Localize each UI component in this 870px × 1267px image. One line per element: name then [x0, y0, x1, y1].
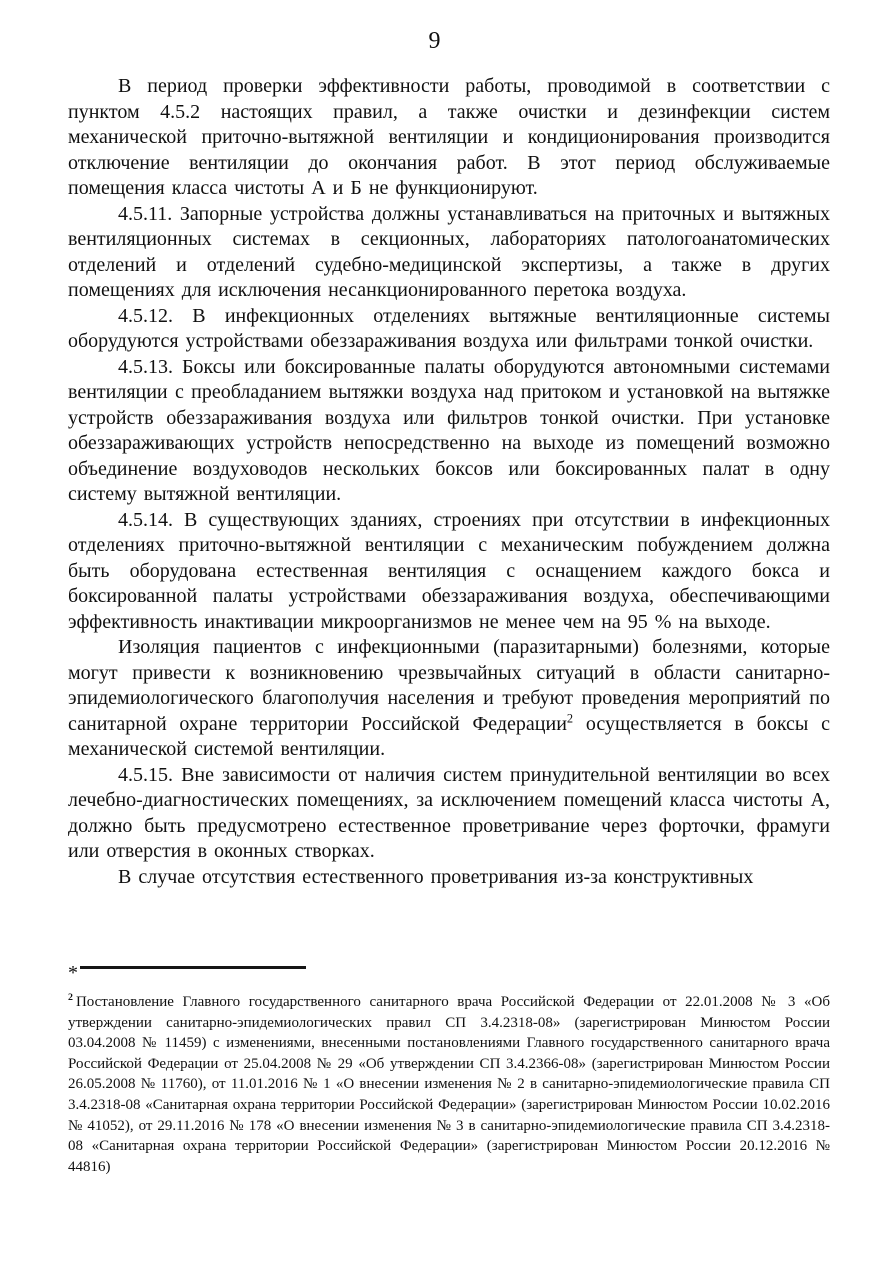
clause-4-5-14: 4.5.14. В существующих зданиях, строения…	[68, 508, 830, 636]
document-page: 9 В период проверки эффективности работы…	[0, 0, 870, 1267]
paragraph-patient-isolation: Изоляция пациентов с инфекционными (пара…	[68, 635, 830, 763]
footnote-2-text: Постановление Главного государственного …	[68, 994, 830, 1175]
footnote-area: * 2Постановление Главного государственно…	[68, 958, 830, 1177]
paragraph-effectiveness-check: В период проверки эффективности работы, …	[68, 74, 830, 202]
footnote-separator: *	[68, 958, 830, 980]
document-body: В период проверки эффективности работы, …	[68, 74, 830, 890]
footnote-2-marker: 2	[68, 992, 73, 1003]
clause-4-5-11: 4.5.11. Запорные устройства должны устан…	[68, 202, 830, 304]
footnote-2: 2Постановление Главного государственного…	[68, 992, 830, 1177]
clause-4-5-13: 4.5.13. Боксы или боксированные палаты о…	[68, 355, 830, 508]
clause-4-5-12: 4.5.12. В инфекционных отделениях вытяжн…	[68, 304, 830, 355]
footnote-separator-line	[80, 966, 306, 969]
page-number: 9	[0, 28, 870, 55]
footnote-separator-asterisk: *	[68, 962, 78, 985]
clause-4-5-15: 4.5.15. Вне зависимости от наличия систе…	[68, 763, 830, 865]
paragraph-no-natural-ventilation: В случае отсутствия естественного провет…	[68, 865, 830, 891]
